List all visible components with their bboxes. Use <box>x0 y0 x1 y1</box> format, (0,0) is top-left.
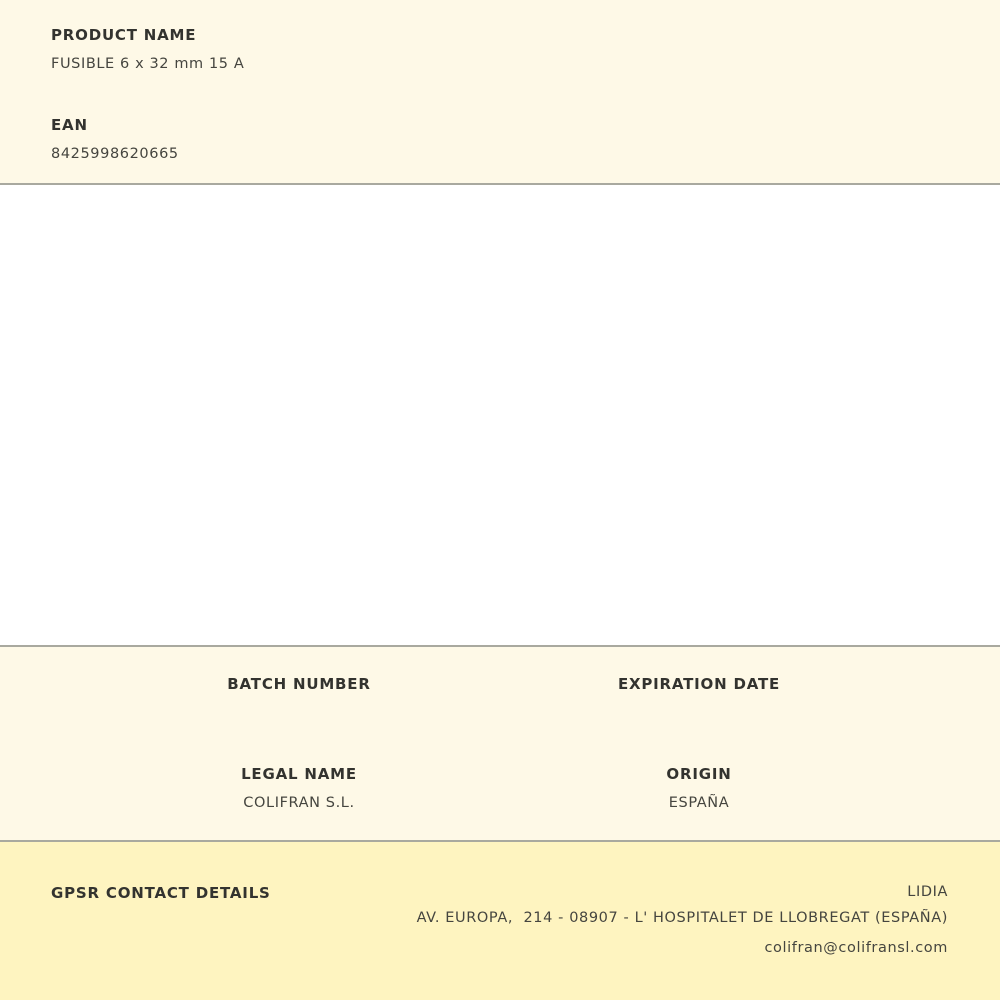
ean-label: EAN <box>51 116 88 134</box>
product-name-label: PRODUCT NAME <box>51 26 196 44</box>
product-name-value: FUSIBLE 6 x 32 mm 15 A <box>51 56 244 72</box>
product-details-section: BATCH NUMBER EXPIRATION DATE LEGAL NAME … <box>0 645 1000 842</box>
ean-value: 8425998620665 <box>51 146 179 162</box>
origin-label: ORIGIN <box>666 765 731 783</box>
product-info-section: PRODUCT NAME FUSIBLE 6 x 32 mm 15 A EAN … <box>0 0 1000 185</box>
gpsr-contact-label: GPSR CONTACT DETAILS <box>51 884 271 902</box>
blank-area <box>0 187 1000 645</box>
expiration-date-label: EXPIRATION DATE <box>618 675 780 693</box>
gpsr-contact-name: LIDIA <box>907 884 948 900</box>
legal-name-value: COLIFRAN S.L. <box>243 795 354 811</box>
gpsr-address: AV. EUROPA, 214 - 08907 - L' HOSPITALET … <box>417 910 948 926</box>
legal-name-label: LEGAL NAME <box>241 765 357 783</box>
gpsr-contact-section: GPSR CONTACT DETAILS LIDIA AV. EUROPA, 2… <box>0 842 1000 1000</box>
origin-value: ESPAÑA <box>669 795 729 811</box>
gpsr-email[interactable]: colifran@colifransl.com <box>764 940 948 956</box>
batch-number-label: BATCH NUMBER <box>227 675 370 693</box>
